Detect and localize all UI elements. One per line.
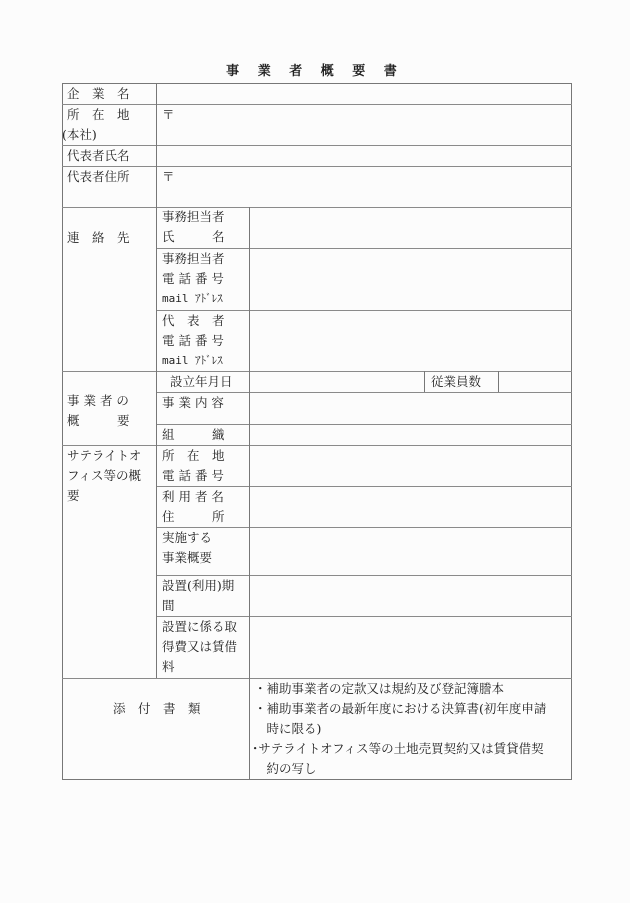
label-business-overview-2: 概 要 [67,411,130,432]
label-cost-2: 得費又は賃借 [162,637,237,658]
label-sat-location-2: 電 話 番 号 [162,466,224,487]
label-satellite-1: サテライトオ [67,446,141,467]
label-rep-name: 代表者氏名 [67,146,130,167]
document-title: 事 業 者 概 要 書 [0,64,630,80]
label-satellite-3: 要 [67,486,80,507]
label-user-name-2: 住 所 [162,507,225,528]
user-name-address-field[interactable] [250,487,571,527]
label-rep-contact-1: 代 表 者 [162,311,225,332]
label-rep-address: 代表者住所 [67,167,130,188]
label-staff-phone-3: mail ｱﾄﾞﾚｽ [162,289,223,310]
label-employees: 従業員数 [431,372,481,393]
label-staff-name-2: 氏 名 [162,227,225,248]
label-user-name-1: 利 用 者 名 [162,487,224,508]
rep-name-field[interactable] [157,146,571,166]
label-summary-2: 事業概要 [162,548,212,569]
staff-phone-mail-field[interactable] [250,249,571,310]
label-business: 事 業 内 容 [162,393,224,414]
label-contact: 連 絡 先 [67,228,130,249]
label-location: 所 在 地 [67,105,130,126]
postal-mark: 〒 [162,105,175,126]
attachment-item: ・補助事業者の定款又は規約及び登記簿謄本 [254,679,504,700]
organization-field[interactable] [250,425,571,445]
period-field[interactable] [250,576,571,616]
label-satellite-2: フィス等の概 [67,466,141,487]
label-business-overview-1: 事 業 者 の [67,391,129,412]
label-sat-location-1: 所 在 地 [162,446,225,467]
attachment-item: ･サテライトオフィス等の土地売買契約又は賃貸借契 [252,739,544,760]
label-period-2: 間 [162,596,175,617]
label-cost-1: 設置に係る取 [162,617,237,638]
rep-address-field[interactable]: 〒 [157,167,571,207]
attachment-item-cont: 約の写し [254,759,317,780]
label-rep-contact-3: mail ｱﾄﾞﾚｽ [162,351,223,372]
attachment-item: ・補助事業者の最新年度における決算書(初年度申請 [254,699,546,720]
label-organization: 組 織 [162,425,225,446]
label-cost-3: 料 [162,657,175,678]
label-head-office: (本社) [62,125,97,146]
col-divider [424,371,425,392]
label-rep-contact-2: 電 話 番 号 [162,331,224,352]
label-summary-1: 実施する [162,528,212,549]
attachment-item-cont: 時に限る) [254,719,321,740]
business-field[interactable] [250,393,571,424]
founded-field[interactable] [250,372,424,392]
label-staff-name-1: 事務担当者 [162,207,225,228]
location-field[interactable]: 〒 [157,105,571,145]
label-staff-phone-2: 電 話 番 号 [162,269,224,290]
label-attachments: 添 付 書 類 [113,699,201,720]
label-staff-phone-1: 事務担当者 [162,249,225,270]
staff-name-field[interactable] [250,208,571,248]
employees-field[interactable] [499,372,571,392]
label-period-1: 設置(利用)期 [162,576,234,597]
company-name-field[interactable] [157,84,571,104]
label-founded: 設立年月日 [170,372,233,393]
cost-field[interactable] [250,617,571,678]
sat-location-phone-field[interactable] [250,446,571,486]
business-summary-field[interactable] [250,528,571,575]
label-company-name: 企 業 名 [67,84,130,105]
postal-mark: 〒 [162,167,175,188]
rep-phone-mail-field[interactable] [250,311,571,371]
